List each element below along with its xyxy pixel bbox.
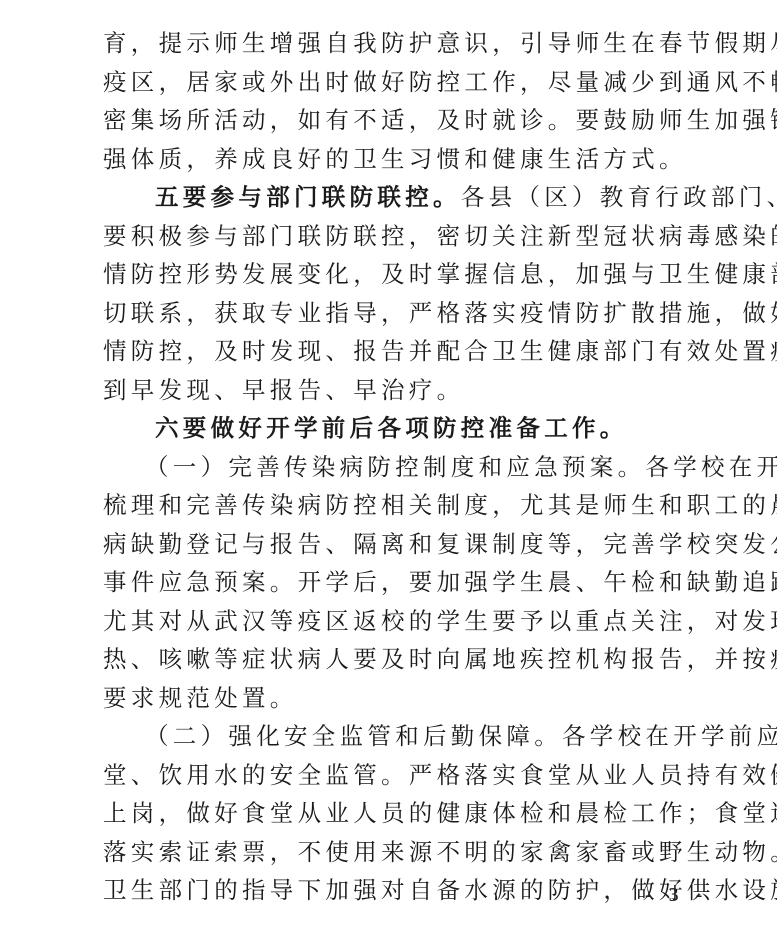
text-line: 到早发现、早报告、早治疗。 [103, 371, 695, 410]
text-line: 病缺勤登记与报告、隔离和复课制度等，完善学校突发公共卫生 [103, 525, 695, 564]
text-line: 热、咳嗽等症状病人要及时向属地疾控机构报告，并按疾控机构 [103, 640, 695, 679]
text-line: 尤其对从武汉等疫区返校的学生要予以重点关注，对发现的发 [103, 602, 695, 641]
text-line: 育，提示师生增强自我防护意识，引导师生在春节假期尽量远离 [103, 24, 695, 63]
section-heading-five: 五要参与部门联防联控。 [155, 183, 461, 211]
document-page: 育，提示师生增强自我防护意识，引导师生在春节假期尽量远离 疫区，居家或外出时做好… [103, 24, 695, 910]
text-line: 疫区，居家或外出时做好防控工作，尽量减少到通风不畅和人流 [103, 63, 695, 102]
subsection-two-first-line: （二）强化安全监管和后勤保障。各学校在开学前应做好食 [103, 717, 695, 756]
page-number: - 3 - [645, 884, 708, 907]
text-line: 梳理和完善传染病防控相关制度，尤其是师生和职工的晨检、因 [103, 486, 695, 525]
text-line: 事件应急预案。开学后，要加强学生晨、午检和缺勤追踪工作， [103, 563, 695, 602]
text-line: 落实索证索票，不使用来源不明的家禽家畜或野生动物。在当地 [103, 833, 695, 872]
text-line: 上岗，做好食堂从业人员的健康体检和晨检工作；食堂进货严格 [103, 794, 695, 833]
section-heading-six: 六要做好开学前后各项防控准备工作。 [103, 409, 695, 448]
text-line: 情防控，及时发现、报告并配合卫生健康部门有效处置疫情，做 [103, 332, 695, 371]
text-line: 强体质，养成良好的卫生习惯和健康生活方式。 [103, 140, 695, 179]
text-line: 卫生部门的指导下加强对自备水源的防护，做好供水设施（自备 [103, 871, 695, 910]
text-line: 切联系，获取专业指导，严格落实疫情防扩散措施，做好校园疫 [103, 294, 695, 333]
text-line: 密集场所活动，如有不适，及时就诊。要鼓励师生加强锻炼，增 [103, 101, 695, 140]
text-line: 情防控形势发展变化，及时掌握信息，加强与卫生健康部门的密 [103, 255, 695, 294]
text-line: 要求规范处置。 [103, 679, 695, 718]
text-line: 要积极参与部门联防联控，密切关注新型冠状病毒感染的肺炎疫 [103, 217, 695, 256]
subsection-one-first-line: （一）完善传染病防控制度和应急预案。各学校在开学前要 [103, 448, 695, 487]
text-line: 堂、饮用水的安全监管。严格落实食堂从业人员持有效健康证明 [103, 756, 695, 795]
section-five-first-line: 五要参与部门联防联控。各县（区）教育行政部门、各学校 [103, 178, 695, 217]
text-span: 各县（区）教育行政部门、各学校 [461, 183, 777, 211]
